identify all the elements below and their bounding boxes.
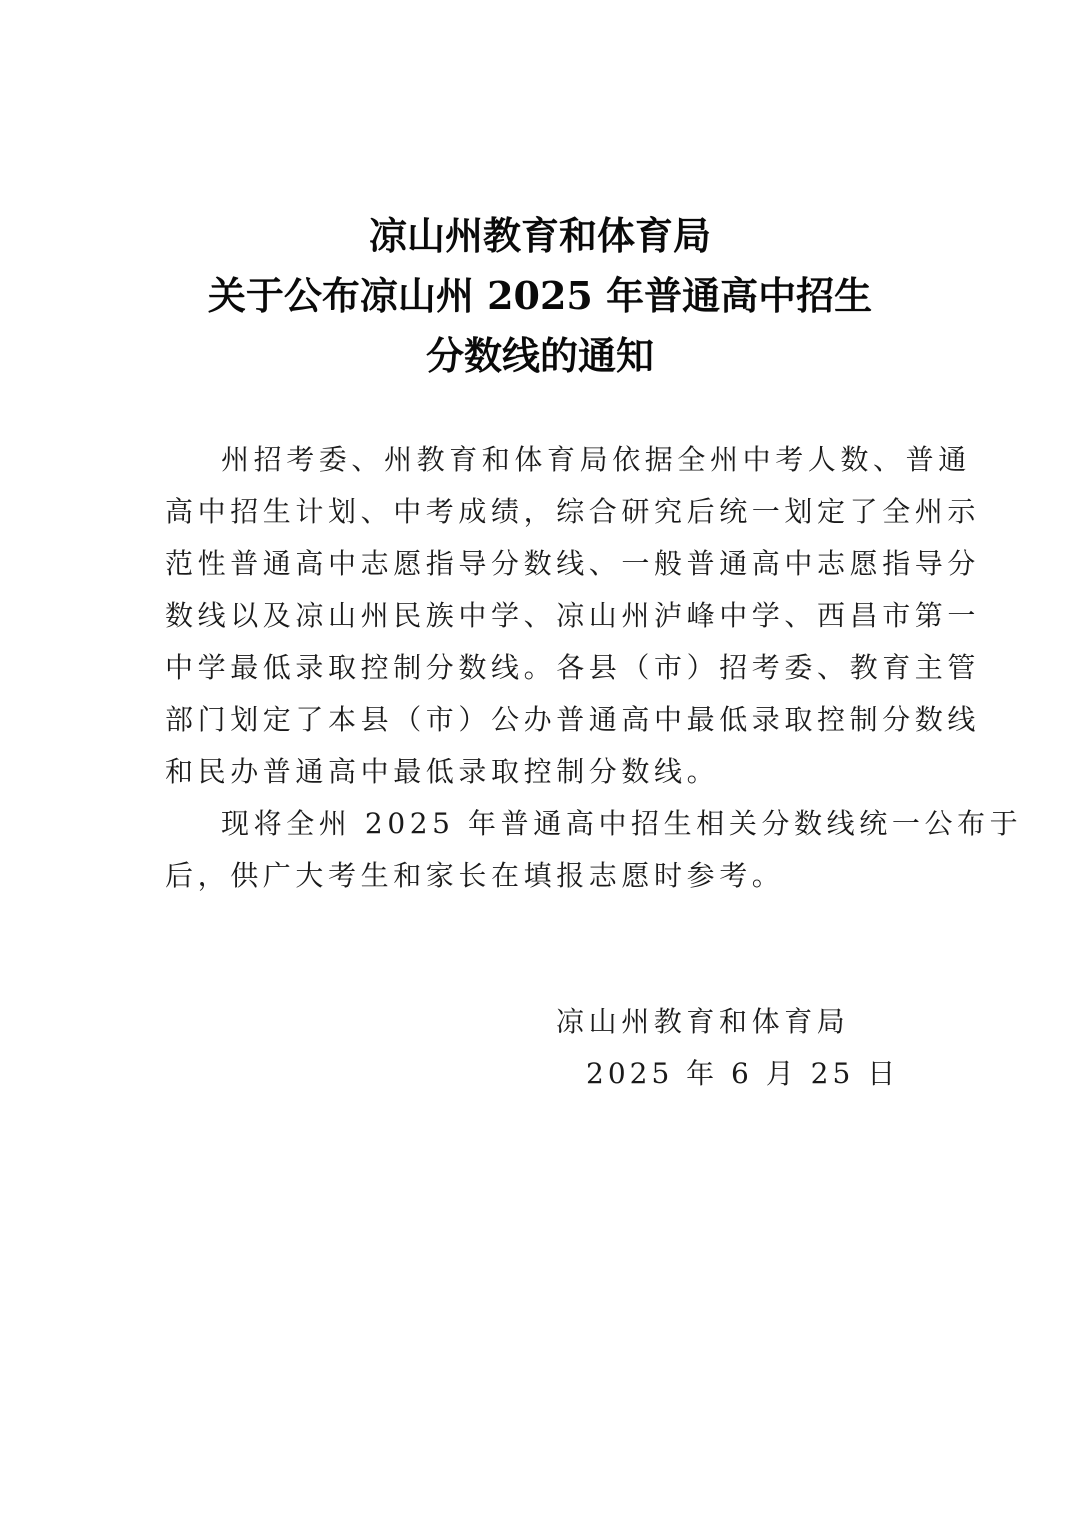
paragraph-line: 高中招生计划、中考成绩，综合研究后统一划定了全州示 <box>165 486 917 538</box>
signature-block: 凉山州教育和体育局 2025 年 6 月 25 日 <box>556 996 899 1100</box>
paragraph-line: 数线以及凉山州民族中学、凉山州泸峰中学、西昌市第一 <box>165 590 917 642</box>
paragraph-2: 现将全州 2025 年普通高中招生相关分数线统一公布于 后，供广大考生和家长在填… <box>165 798 917 902</box>
paragraph-line: 现将全州 2025 年普通高中招生相关分数线统一公布于 <box>165 798 917 850</box>
document-page: 凉山州教育和体育局 关于公布凉山州 2025 年普通高中招生 分数线的通知 州招… <box>0 0 1080 1527</box>
document-title: 凉山州教育和体育局 关于公布凉山州 2025 年普通高中招生 分数线的通知 <box>0 206 1080 386</box>
paragraph-line: 后，供广大考生和家长在填报志愿时参考。 <box>165 850 917 902</box>
title-line-issuer: 凉山州教育和体育局 <box>0 206 1080 266</box>
document-body: 州招考委、州教育和体育局依据全州中考人数、普通 高中招生计划、中考成绩，综合研究… <box>165 434 917 902</box>
paragraph-line: 州招考委、州教育和体育局依据全州中考人数、普通 <box>165 434 917 486</box>
paragraph-1: 州招考委、州教育和体育局依据全州中考人数、普通 高中招生计划、中考成绩，综合研究… <box>165 434 917 798</box>
paragraph-line: 中学最低录取控制分数线。各县（市）招考委、教育主管 <box>165 642 917 694</box>
paragraph-line: 范性普通高中志愿指导分数线、一般普通高中志愿指导分 <box>165 538 917 590</box>
paragraph-line: 和民办普通高中最低录取控制分数线。 <box>165 746 917 798</box>
title-line-subject: 关于公布凉山州 2025 年普通高中招生 <box>0 266 1080 326</box>
title-line-subject-end: 分数线的通知 <box>0 326 1080 386</box>
signature-date: 2025 年 6 月 25 日 <box>556 1048 899 1100</box>
signature-organization: 凉山州教育和体育局 <box>556 996 899 1048</box>
paragraph-line: 部门划定了本县（市）公办普通高中最低录取控制分数线 <box>165 694 917 746</box>
